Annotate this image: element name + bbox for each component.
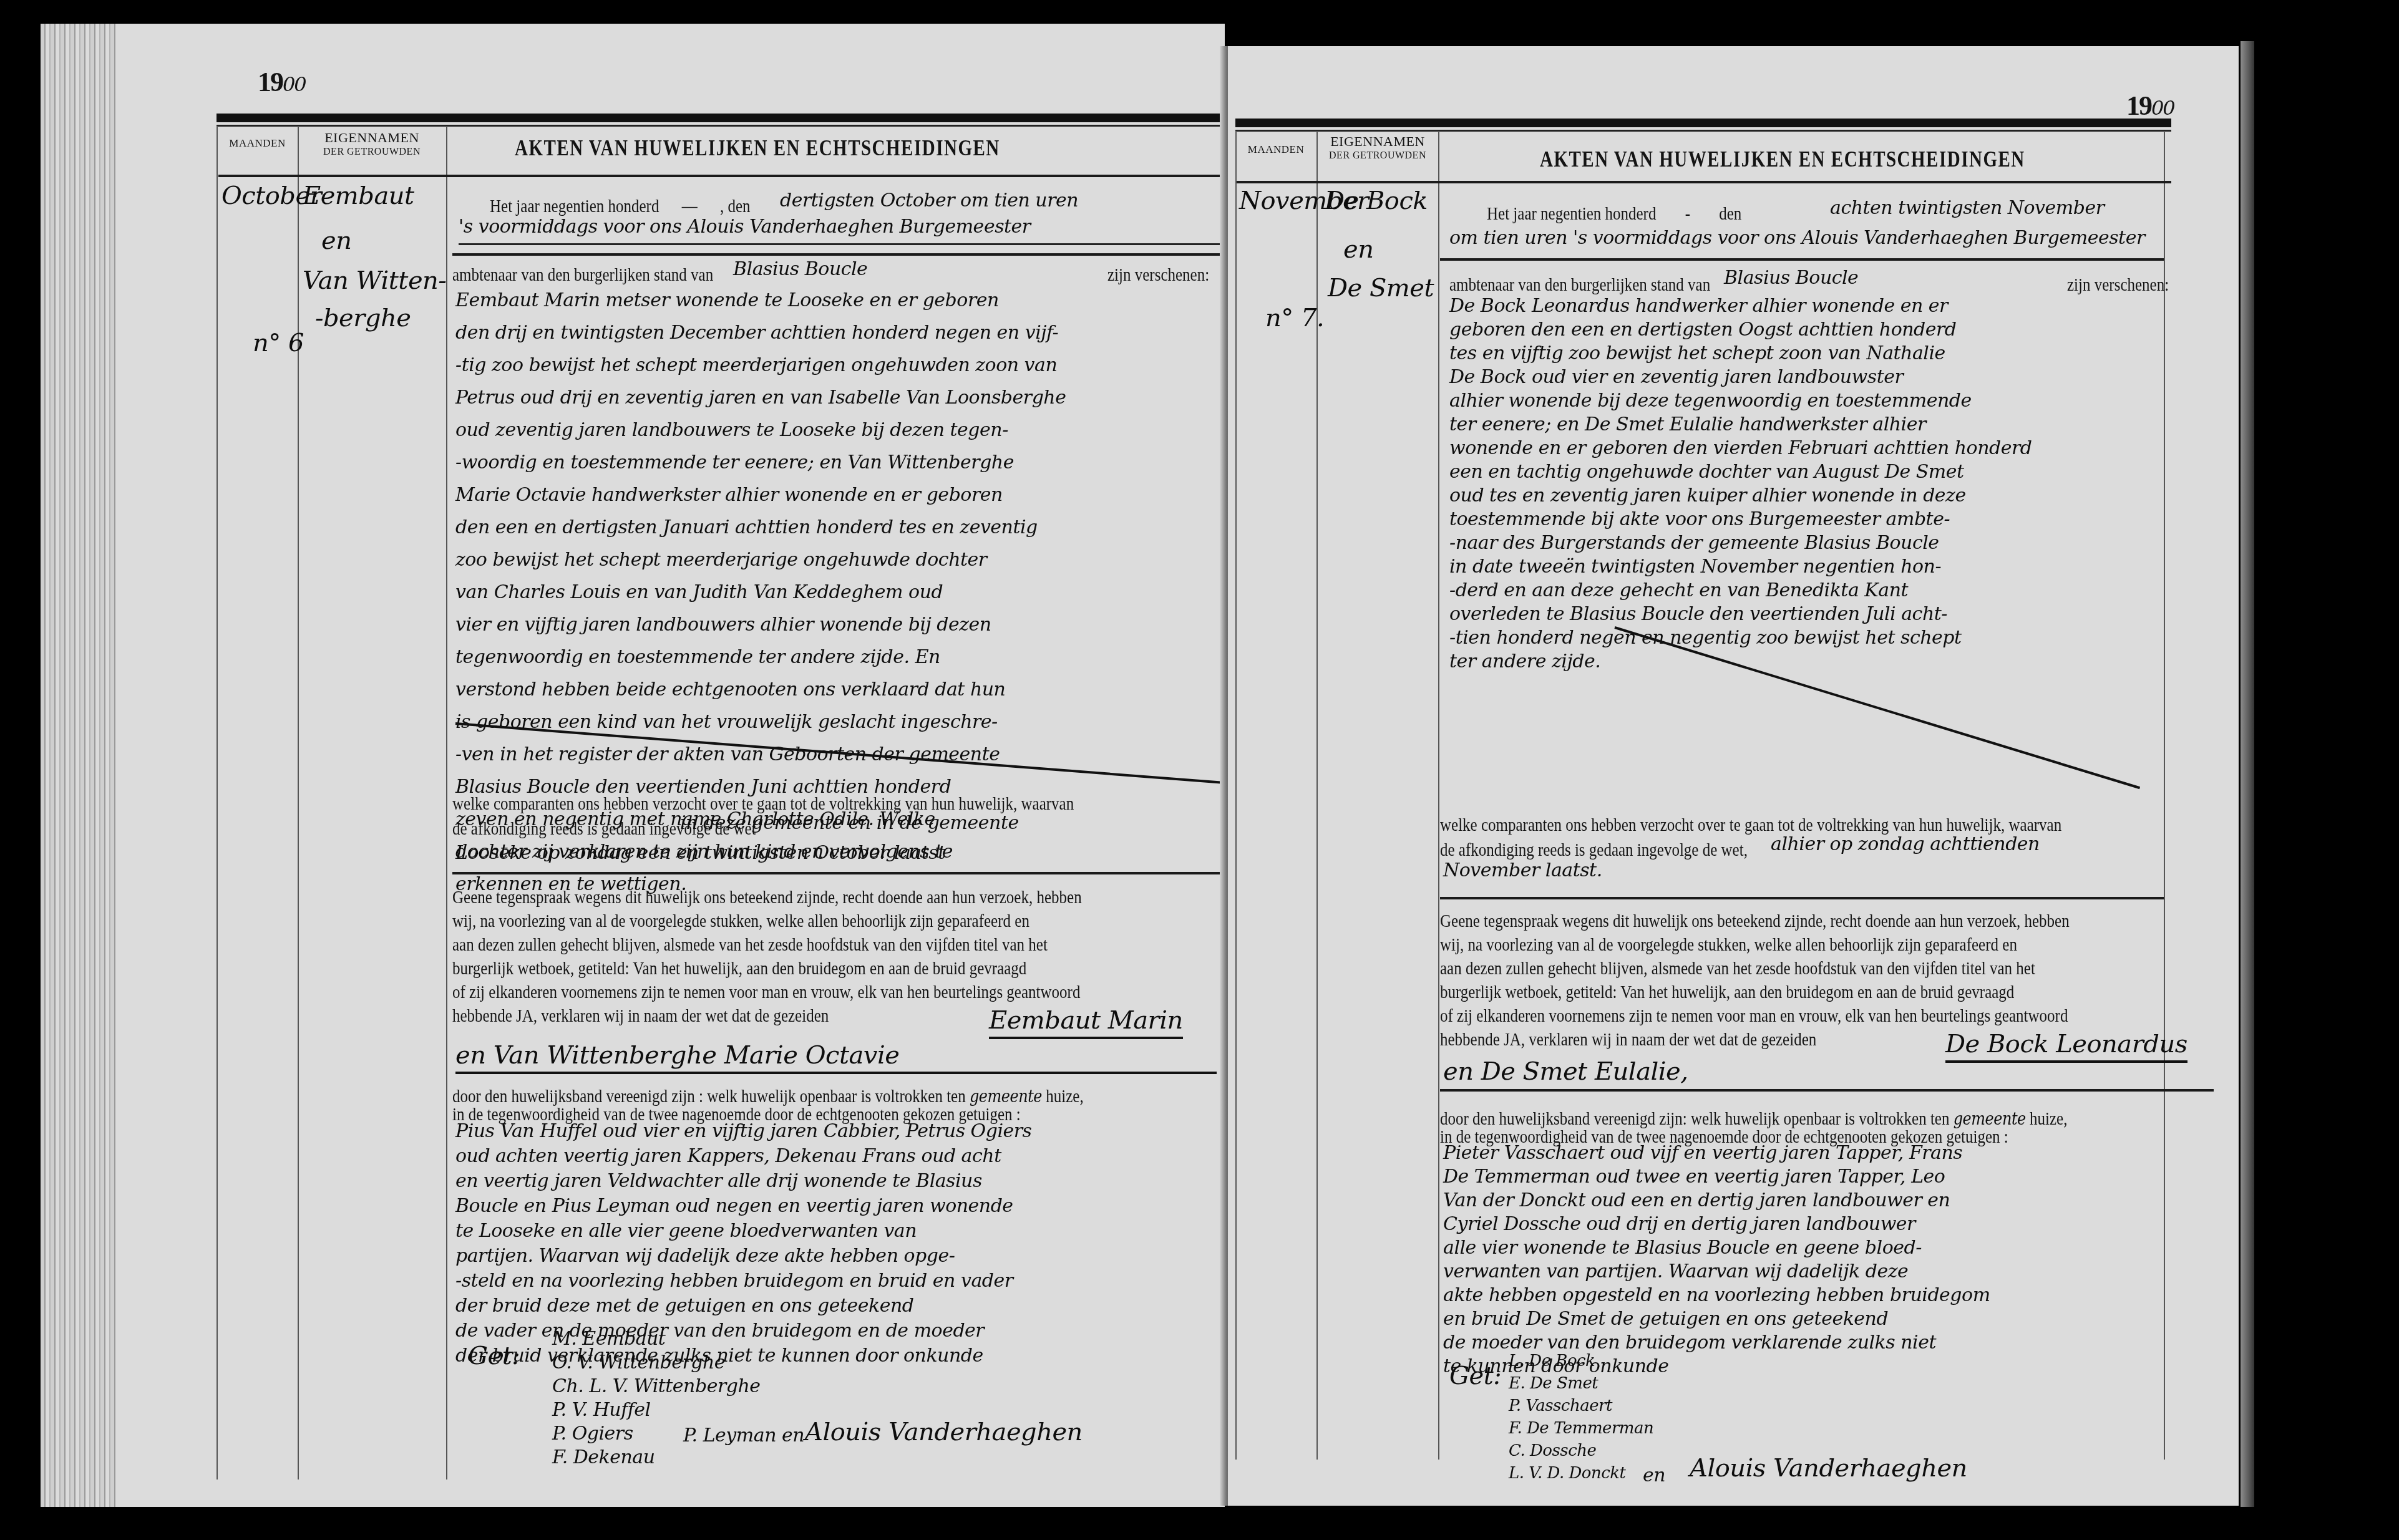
- request-date-handwritten: Looseke op zondag een en twintigsten Oct…: [455, 837, 1217, 869]
- request-place-handwritten: alhier op zondag achttienden: [1771, 828, 2040, 861]
- page-title: AKTEN VAN HUWELIJKEN EN ECHTSCHEIDINGEN: [1540, 147, 2025, 173]
- entry-body-handwritten: De Bock Leonardus handwerker alhier wone…: [1449, 294, 2164, 674]
- couple-name-1: De Bock Leonardus: [1945, 1028, 2187, 1063]
- header-rule-thin: [217, 125, 1225, 127]
- page-stack-edge-right: [2241, 41, 2254, 1507]
- section-rule: [452, 872, 1223, 874]
- signed-label: Get:: [468, 1340, 520, 1372]
- right-page-year: 1900: [2126, 90, 2174, 122]
- opening-mayor-handwritten: om tien uren 's voormiddags voor ons Alo…: [1449, 222, 2145, 254]
- witness-text-handwritten: Pieter Vasschaert oud vijf en veertig ja…: [1443, 1141, 2167, 1378]
- signature: C. Dossche: [1509, 1440, 1653, 1462]
- signature: O. V. Wittenberghe: [552, 1351, 761, 1375]
- column-border: [1235, 131, 1237, 1460]
- section-rule: [1440, 258, 2164, 261]
- signature: P. Vasschaert: [1509, 1395, 1653, 1417]
- signature-extra: en: [1643, 1460, 1665, 1492]
- spouse-name-2: De Smet: [1328, 272, 1434, 304]
- signed-label: Get:: [1449, 1360, 1501, 1392]
- mayor-signature: Alouis Vanderhaeghen: [805, 1416, 1083, 1448]
- column-header-names: Eigennamen der getrouwden: [299, 130, 445, 158]
- header-rule: [217, 114, 1225, 122]
- signature-extra: P. Leyman en: [683, 1420, 804, 1452]
- entry-number: n° 7.: [1265, 302, 1324, 334]
- header-bottom-rule: [218, 175, 1225, 177]
- couple-name-1: Eembaut Marin: [989, 1004, 1183, 1039]
- signature: F. De Temmerman: [1509, 1417, 1653, 1440]
- couple-name-2: en De Smet Eulalie,: [1443, 1055, 1688, 1088]
- names-header-line1: Eigennamen: [299, 130, 445, 146]
- column-header-months: Maanden: [1237, 143, 1315, 156]
- signature: P. V. Huffel: [552, 1398, 761, 1422]
- couple-name-2: en Van Wittenberghe Marie Octavie: [455, 1039, 1217, 1074]
- signature: Ch. L. V. Wittenberghe: [552, 1375, 761, 1398]
- left-page-year: 1900: [258, 66, 306, 98]
- right-page: 1900 Maanden Eigennamen der getrouwden A…: [1228, 46, 2239, 1506]
- conjunction: en: [1343, 233, 1373, 266]
- spouse-name-2-cont: -berghe: [315, 302, 411, 334]
- column-header-months: Maanden: [218, 137, 296, 150]
- names-header-line2: der getrouwden: [299, 146, 445, 158]
- header-rule: [1235, 119, 2171, 127]
- spouse-name-1: De Bock: [1325, 185, 1428, 217]
- official-place-handwritten: Blasius Boucle: [733, 253, 867, 286]
- signature: E. De Smet: [1509, 1372, 1653, 1395]
- request-place-handwritten: in deze gemeente en in de gemeente: [680, 807, 1019, 840]
- mayor-signature: Alouis Vanderhaeghen: [1690, 1452, 1967, 1484]
- page-stack-edge-left: [41, 24, 119, 1507]
- request-date-handwritten: November laatst.: [1443, 855, 1602, 887]
- signature-list: L. De Bock E. De Smet P. Vasschaert F. D…: [1509, 1350, 1653, 1484]
- opening-mayor-handwritten: 's voormiddags voor ons Alouis Vanderhae…: [459, 211, 1220, 245]
- signature: M. Eembaut: [552, 1327, 761, 1351]
- spouse-name-1: Eembaut: [303, 180, 414, 212]
- column-border: [1438, 131, 1439, 1460]
- page-title: AKTEN VAN HUWELIJKEN EN ECHTSCHEIDINGEN: [515, 136, 1000, 162]
- signature: L. De Bock: [1509, 1350, 1653, 1372]
- section-rule: [1440, 1089, 2214, 1092]
- names-header-line2: der getrouwden: [1318, 150, 1438, 162]
- column-header-names: Eigennamen der getrouwden: [1318, 133, 1438, 162]
- signature: L. V. D. Donckt: [1509, 1462, 1653, 1484]
- register-book: 1900 Maanden Eigennamen der getrouwden A…: [41, 24, 2254, 1507]
- official-place-handwritten: Blasius Boucle: [1724, 262, 1858, 294]
- left-page: 1900 Maanden Eigennamen der getrouwden A…: [115, 24, 1225, 1507]
- header-bottom-rule: [1237, 181, 2171, 183]
- section-rule: [1440, 897, 2164, 899]
- opening-date-handwritten: achten twintigsten November: [1830, 192, 2105, 225]
- names-header-line1: Eigennamen: [1318, 133, 1438, 150]
- spouse-name-2: Van Witten-: [303, 264, 446, 297]
- header-rule-thin: [1235, 130, 2171, 132]
- column-border: [446, 126, 447, 1479]
- entry-number: n° 6: [253, 327, 304, 359]
- conjunction: en: [321, 225, 351, 257]
- column-border: [217, 126, 218, 1479]
